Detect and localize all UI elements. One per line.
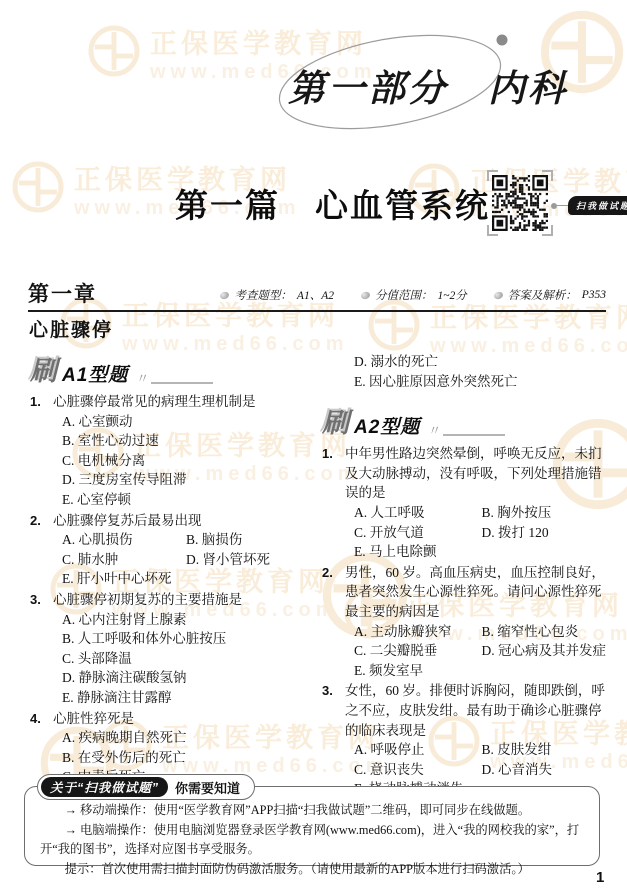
option-row: C. 肺水肿D. 肾小管坏死 — [53, 550, 310, 570]
question-group-header: 刷A2型题〃 — [322, 410, 609, 437]
question-number: 3. — [30, 590, 53, 708]
option-row: C. 电机械分离 — [53, 451, 310, 471]
option: E. 马上电除颤 — [354, 544, 437, 559]
chapter-topic: 心脏骤停 — [29, 315, 113, 342]
meta-label: 分值范围： — [375, 287, 433, 303]
option-row: D. 静脉滴注碳酸氢钠 — [53, 668, 310, 688]
option-row: B. 在受外伤后的死亡 — [53, 748, 310, 768]
question-body: 心脏骤停复苏后最易出现A. 心肌损伤B. 脑损伤C. 肺水肿D. 肾小管坏死E.… — [53, 511, 310, 589]
brand-logo-icon — [88, 25, 140, 82]
option: B. 脑损伤 — [186, 530, 310, 550]
header-underline — [151, 382, 213, 384]
option: B. 人工呼吸和体外心脏按压 — [62, 631, 226, 646]
option: E. 因心脏原因意外突然死亡 — [354, 374, 518, 389]
chapter-meta-item: 考查题型：A1、A2 — [220, 287, 334, 303]
option: C. 肺水肿 — [62, 550, 186, 570]
option-row: C. 意识丧失D. 心音消失 — [345, 760, 609, 780]
option: C. 头部降温 — [62, 651, 132, 666]
option: A. 疾病晚期自然死亡 — [62, 730, 187, 745]
option: D. 肾小管坏死 — [186, 550, 310, 570]
option: C. 电机械分离 — [62, 453, 145, 468]
option: B. 胸外按压 — [482, 503, 610, 523]
left-column: 刷A1型题〃1.心脏骤停最常见的病理生理机制是A. 心室颤动B. 室性心动过速C… — [30, 356, 310, 787]
watermark-url: www.med66.com — [122, 333, 349, 356]
notice-line: 提示：首次使用需扫描封面防伪码激活服务。（请使用最新的APP版本进行扫码激活。） — [40, 860, 584, 880]
option: B. 皮肤发绀 — [482, 740, 610, 760]
question: 2.男性，60 岁。高血压病史，血压控制良好，患者突然发生心源性猝死。请问心源性… — [322, 563, 609, 681]
qr-code — [487, 170, 553, 236]
meta-value: 1~2分 — [437, 287, 466, 303]
option: E. 心室停顿 — [62, 492, 131, 507]
option: B. 室性心动过速 — [62, 433, 159, 448]
notice-tab-rest: 你需要知道 — [175, 778, 240, 797]
question-stem: 心脏骤停最常见的病理生理机制是 — [53, 392, 310, 412]
part-title: 第一部分 内科 — [288, 58, 568, 112]
question-body: 心脏骤停最常见的病理生理机制是A. 心室颤动B. 室性心动过速C. 电机械分离D… — [53, 392, 310, 510]
qr-badge: 扫我做试题 — [551, 196, 627, 215]
option-row: C. 开放气道D. 拨打 120 — [345, 523, 609, 543]
chapter-header: 第一章 考查题型：A1、A2分值范围：1~2分答案及解析：P353 — [28, 284, 606, 312]
question: 3.心脏骤停初期复苏的主要措施是A. 心内注射肾上腺素B. 人工呼吸和体外心脏按… — [30, 590, 310, 708]
group-title: A2型题 — [354, 418, 420, 437]
option-row: E. 心室停顿 — [53, 490, 310, 510]
chapter-number: 第一章 — [28, 284, 97, 305]
brand-logo-icon — [12, 161, 64, 218]
header-underline — [443, 434, 505, 436]
section-title: 第一篇 心血管系统 — [175, 180, 490, 227]
notice-line: → 移动端操作：使用“医学教育网”APP扫描“扫我做试题”二维码，即可同步在线做… — [40, 801, 584, 821]
option-row: E. 马上电除颤 — [345, 542, 609, 562]
bullet-sphere-icon — [360, 290, 371, 299]
question-stem: 心脏骤停复苏后最易出现 — [53, 511, 310, 531]
question-stem: 心脏性猝死是 — [53, 709, 310, 729]
notice-line: → 电脑端操作：使用电脑浏览器登录医学教育网(www.med66.com)，进入… — [40, 821, 584, 860]
right-column: D. 溺水的死亡E. 因心脏原因意外突然死亡刷A2型题〃1.中年男性路边突然晕倒… — [322, 352, 609, 799]
question-stem: 中年男性路边突然晕倒，呼唤无反应，未扪及大动脉搏动，没有呼吸，下列处理措施错误的… — [345, 444, 609, 503]
option-row: D. 三度房室传导阻滞 — [53, 470, 310, 490]
notice-tab: 关于“扫我做试题” 你需要知道 — [37, 774, 255, 800]
question-group-header: 刷A1型题〃 — [30, 358, 310, 385]
question-number: 3. — [322, 681, 345, 799]
option-row: E. 因心脏原因意外突然死亡 — [322, 372, 609, 392]
notice-box: 关于“扫我做试题” 你需要知道 → 移动端操作：使用“医学教育网”APP扫描“扫… — [24, 786, 600, 866]
option: B. 缩窄性心包炎 — [482, 622, 610, 642]
tick-marks-icon: 〃 — [136, 372, 149, 385]
part-title-block: 第一部分 内科 — [240, 14, 540, 144]
chapter-meta-item: 分值范围：1~2分 — [361, 287, 467, 303]
option-row: E. 频发室早 — [345, 661, 609, 681]
notice-content: → 移动端操作：使用“医学教育网”APP扫描“扫我做试题”二维码，即可同步在线做… — [25, 787, 599, 885]
option: C. 开放气道 — [354, 523, 482, 543]
option-row: B. 人工呼吸和体外心脏按压 — [53, 629, 310, 649]
option: D. 拨打 120 — [482, 523, 610, 543]
question-number: 1. — [322, 444, 345, 562]
question-options-continued: D. 溺水的死亡E. 因心脏原因意外突然死亡 — [322, 352, 609, 391]
option: D. 静脉滴注碳酸氢钠 — [62, 670, 187, 685]
question-number: 2. — [322, 563, 345, 681]
question: 1.中年男性路边突然晕倒，呼唤无反应，未扪及大动脉搏动，没有呼吸，下列处理措施错… — [322, 444, 609, 562]
option: E. 频发室早 — [354, 663, 423, 678]
question: 2.心脏骤停复苏后最易出现A. 心肌损伤B. 脑损伤C. 肺水肿D. 肾小管坏死… — [30, 511, 310, 589]
question-body: 女性，60 岁。排便时诉胸闷，随即跌倒，呼之不应，皮肤发绀。最有助于确诊心脏骤停… — [345, 681, 609, 799]
meta-value: P353 — [582, 289, 606, 301]
chapter-meta-item: 答案及解析：P353 — [494, 287, 606, 303]
brush-glyph-icon: 刷 — [322, 410, 349, 437]
option-row: A. 心肌损伤B. 脑损伤 — [53, 530, 310, 550]
option: B. 在受外伤后的死亡 — [62, 750, 186, 765]
option-row: A. 疾病晚期自然死亡 — [53, 728, 310, 748]
option: C. 二尖瓣脱垂 — [354, 641, 482, 661]
option: D. 三度房室传导阻滞 — [62, 472, 187, 487]
question-stem: 女性，60 岁。排便时诉胸闷，随即跌倒，呼之不应，皮肤发绀。最有助于确诊心脏骤停… — [345, 681, 609, 740]
question-body: 男性，60 岁。高血压病史，血压控制良好，患者突然发生心源性猝死。请问心源性猝死… — [345, 563, 609, 681]
connector-line — [557, 205, 568, 206]
book-page: 正保医学教育网www.med66.com正保医学教育网www.med66.com… — [0, 0, 627, 896]
question: 1.心脏骤停最常见的病理生理机制是A. 心室颤动B. 室性心动过速C. 电机械分… — [30, 392, 310, 510]
question-body: 心脏骤停初期复苏的主要措施是A. 心内注射肾上腺素B. 人工呼吸和体外心脏按压C… — [53, 590, 310, 708]
option-row: A. 心室颤动 — [53, 412, 310, 432]
meta-label: 考查题型： — [234, 287, 292, 303]
question-body: 中年男性路边突然晕倒，呼唤无反应，未扪及大动脉搏动，没有呼吸，下列处理措施错误的… — [345, 444, 609, 562]
option-row: C. 二尖瓣脱垂D. 冠心病及其并发症 — [345, 641, 609, 661]
option-row: C. 头部降温 — [53, 649, 310, 669]
option: C. 意识丧失 — [354, 760, 482, 780]
option-row: D. 溺水的死亡 — [322, 352, 609, 372]
meta-label: 答案及解析： — [508, 287, 577, 303]
tick-marks-icon: 〃 — [428, 424, 441, 437]
group-title: A1型题 — [62, 366, 128, 385]
option-row: A. 人工呼吸B. 胸外按压 — [345, 503, 609, 523]
option: A. 呼吸停止 — [354, 740, 482, 760]
option: D. 溺水的死亡 — [354, 354, 438, 369]
meta-value: A1、A2 — [297, 287, 334, 303]
option: E. 肝小叶中心坏死 — [62, 571, 172, 586]
option: A. 主动脉瓣狭窄 — [354, 622, 482, 642]
notice-tab-pill: 关于“扫我做试题” — [41, 777, 168, 797]
qr-badge-label: 扫我做试题 — [568, 196, 627, 215]
option: E. 静脉滴注甘露醇 — [62, 690, 172, 705]
option-row: B. 室性心动过速 — [53, 431, 310, 451]
option: A. 心内注射肾上腺素 — [62, 612, 187, 627]
chapter-meta: 考查题型：A1、A2分值范围：1~2分答案及解析：P353 — [220, 287, 606, 305]
option-row: A. 主动脉瓣狭窄B. 缩窄性心包炎 — [345, 622, 609, 642]
question-number: 1. — [30, 392, 53, 510]
bullet-sphere-icon — [493, 290, 504, 299]
question-number: 2. — [30, 511, 53, 589]
option-row: A. 呼吸停止B. 皮肤发绀 — [345, 740, 609, 760]
brush-glyph-icon: 刷 — [30, 358, 57, 385]
qr-code-image — [492, 175, 548, 231]
question-stem: 心脏骤停初期复苏的主要措施是 — [53, 590, 310, 610]
option: A. 心肌损伤 — [62, 530, 186, 550]
option: A. 人工呼吸 — [354, 503, 482, 523]
option: D. 心音消失 — [482, 760, 610, 780]
option: A. 心室颤动 — [62, 414, 133, 429]
option: D. 冠心病及其并发症 — [482, 641, 610, 661]
option-row: A. 心内注射肾上腺素 — [53, 610, 310, 630]
question: 3.女性，60 岁。排便时诉胸闷，随即跌倒，呼之不应，皮肤发绀。最有助于确诊心脏… — [322, 681, 609, 799]
option-row: E. 肝小叶中心坏死 — [53, 569, 310, 589]
question-stem: 男性，60 岁。高血压病史，血压控制良好，患者突然发生心源性猝死。请问心源性猝死… — [345, 563, 609, 622]
bullet-sphere-icon — [220, 290, 231, 299]
option-row: E. 静脉滴注甘露醇 — [53, 688, 310, 708]
